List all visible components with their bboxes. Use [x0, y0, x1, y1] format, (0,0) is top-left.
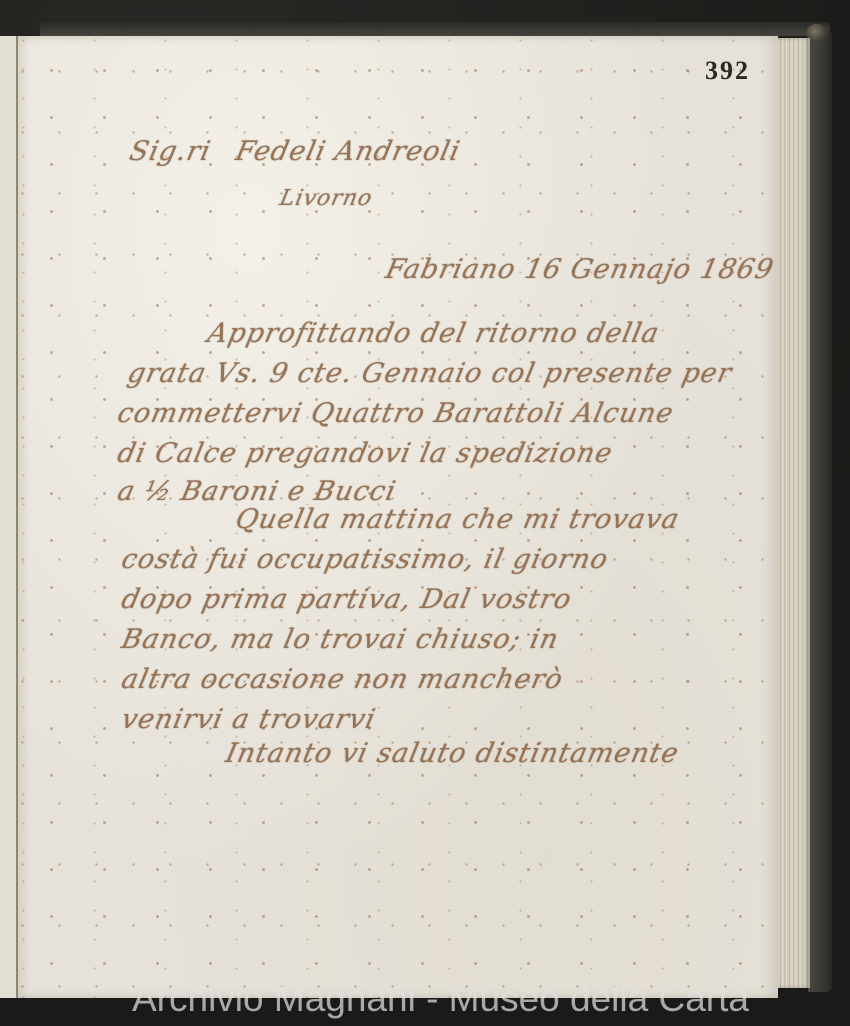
body-line: commettervi Quattro Barattoli Alcune [115, 398, 677, 429]
letter-page: 392 Sig.ri Fedeli Andreoli Livorno Fabri… [18, 36, 778, 998]
body-line: di Calce pregandovi la spedizione [115, 438, 616, 469]
body-line: Banco, ma lo trovai chiuso; in [119, 624, 562, 655]
body-line: grata Vs. 9 cte. Gennaio col presente pe… [125, 358, 735, 389]
body-line: Intanto vi saluto distintamente [223, 738, 682, 769]
previous-page-edge [0, 36, 18, 998]
addressee-name: Fedeli Andreoli [233, 136, 464, 167]
body-line: Approfittando del ritorno della [205, 318, 663, 349]
body-line: Quella mattina che mi trovava [233, 504, 683, 535]
book-cover-top [40, 22, 830, 36]
book-cover-spine [808, 30, 832, 992]
addressee-city: Livorno [277, 186, 375, 211]
body-line: costà fui occupatissimo, il giorno [119, 544, 612, 575]
addressee-salutation: Sig.ri [127, 136, 214, 167]
page-number: 392 [705, 56, 750, 86]
dateline: Fabriano 16 Gennajo 1869 [383, 254, 777, 285]
body-line: venirvi a trovarvi [119, 704, 379, 735]
body-line: a ½ Baroni e Bucci [115, 476, 399, 507]
body-line: dopo prima partiva, Dal vostro [119, 584, 575, 615]
body-line: altra occasione non mancherò [119, 664, 566, 695]
archive-watermark: Archivio Magnani - Museo della Carta [132, 978, 749, 1020]
